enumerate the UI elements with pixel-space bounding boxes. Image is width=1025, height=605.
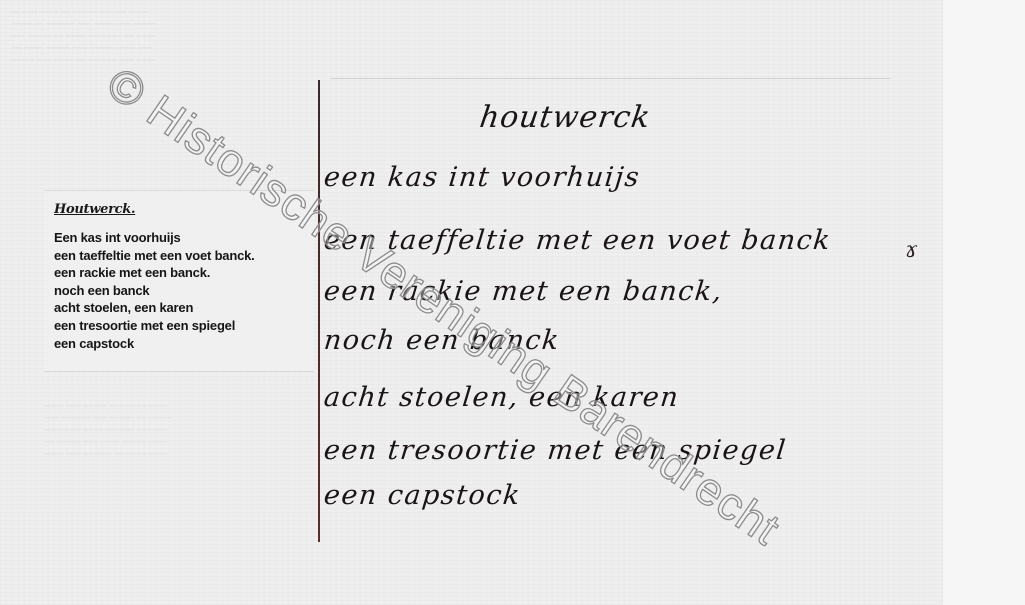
transcription-line: een taeffeltie met een voet banck. bbox=[54, 247, 255, 265]
manuscript-line: acht stoelen, een karen bbox=[322, 382, 681, 413]
transcription-list: Een kas int voorhuijs een taeffeltie met… bbox=[54, 229, 255, 352]
handwritten-manuscript: houtwerck een kas int voorhuijs een taef… bbox=[322, 80, 942, 550]
transcription-line: een capstock bbox=[54, 335, 255, 353]
manuscript-line: een rackie met een banck, bbox=[322, 276, 724, 307]
bleed-through-text-bottom-left: ~~~~ ~~~ ~~~~~ ~~~ ~~~~ ~~~~ ~~~ ~~~~~~ … bbox=[40, 400, 310, 590]
transcription-line: Een kas int voorhuijs bbox=[54, 229, 255, 247]
transcription-title: Houtwerck. bbox=[54, 202, 135, 217]
transcription-panel: Houtwerck. Een kas int voorhuijs een tae… bbox=[44, 190, 314, 372]
stray-ink-mark: ɤ bbox=[905, 238, 917, 263]
transcription-line: acht stoelen, een karen bbox=[54, 299, 255, 317]
manuscript-line: een kas int voorhuijs bbox=[322, 162, 641, 193]
manuscript-line: noch een banck bbox=[322, 325, 561, 356]
transcription-line: een rackie met een banck. bbox=[54, 264, 255, 282]
transcription-line: een tresoortie met een spiegel bbox=[54, 317, 255, 335]
scan-edge-strip bbox=[942, 0, 1025, 605]
ledger-top-rule bbox=[330, 78, 890, 79]
manuscript-line: een capstock bbox=[322, 480, 522, 511]
manuscript-title: houtwerck bbox=[478, 100, 653, 135]
ledger-margin-line bbox=[318, 80, 320, 542]
manuscript-line: een taeffeltie met een voet banck bbox=[322, 225, 832, 256]
bleed-through-text-top-left: ~~ ~~~ ~~~~ ~~ ~~~~~ ~~~ ~~ ~~~~ ~~~~ ~~… bbox=[10, 6, 310, 176]
manuscript-line: een tresoortie met een spiegel bbox=[322, 435, 788, 466]
transcription-line: noch een banck bbox=[54, 282, 255, 300]
